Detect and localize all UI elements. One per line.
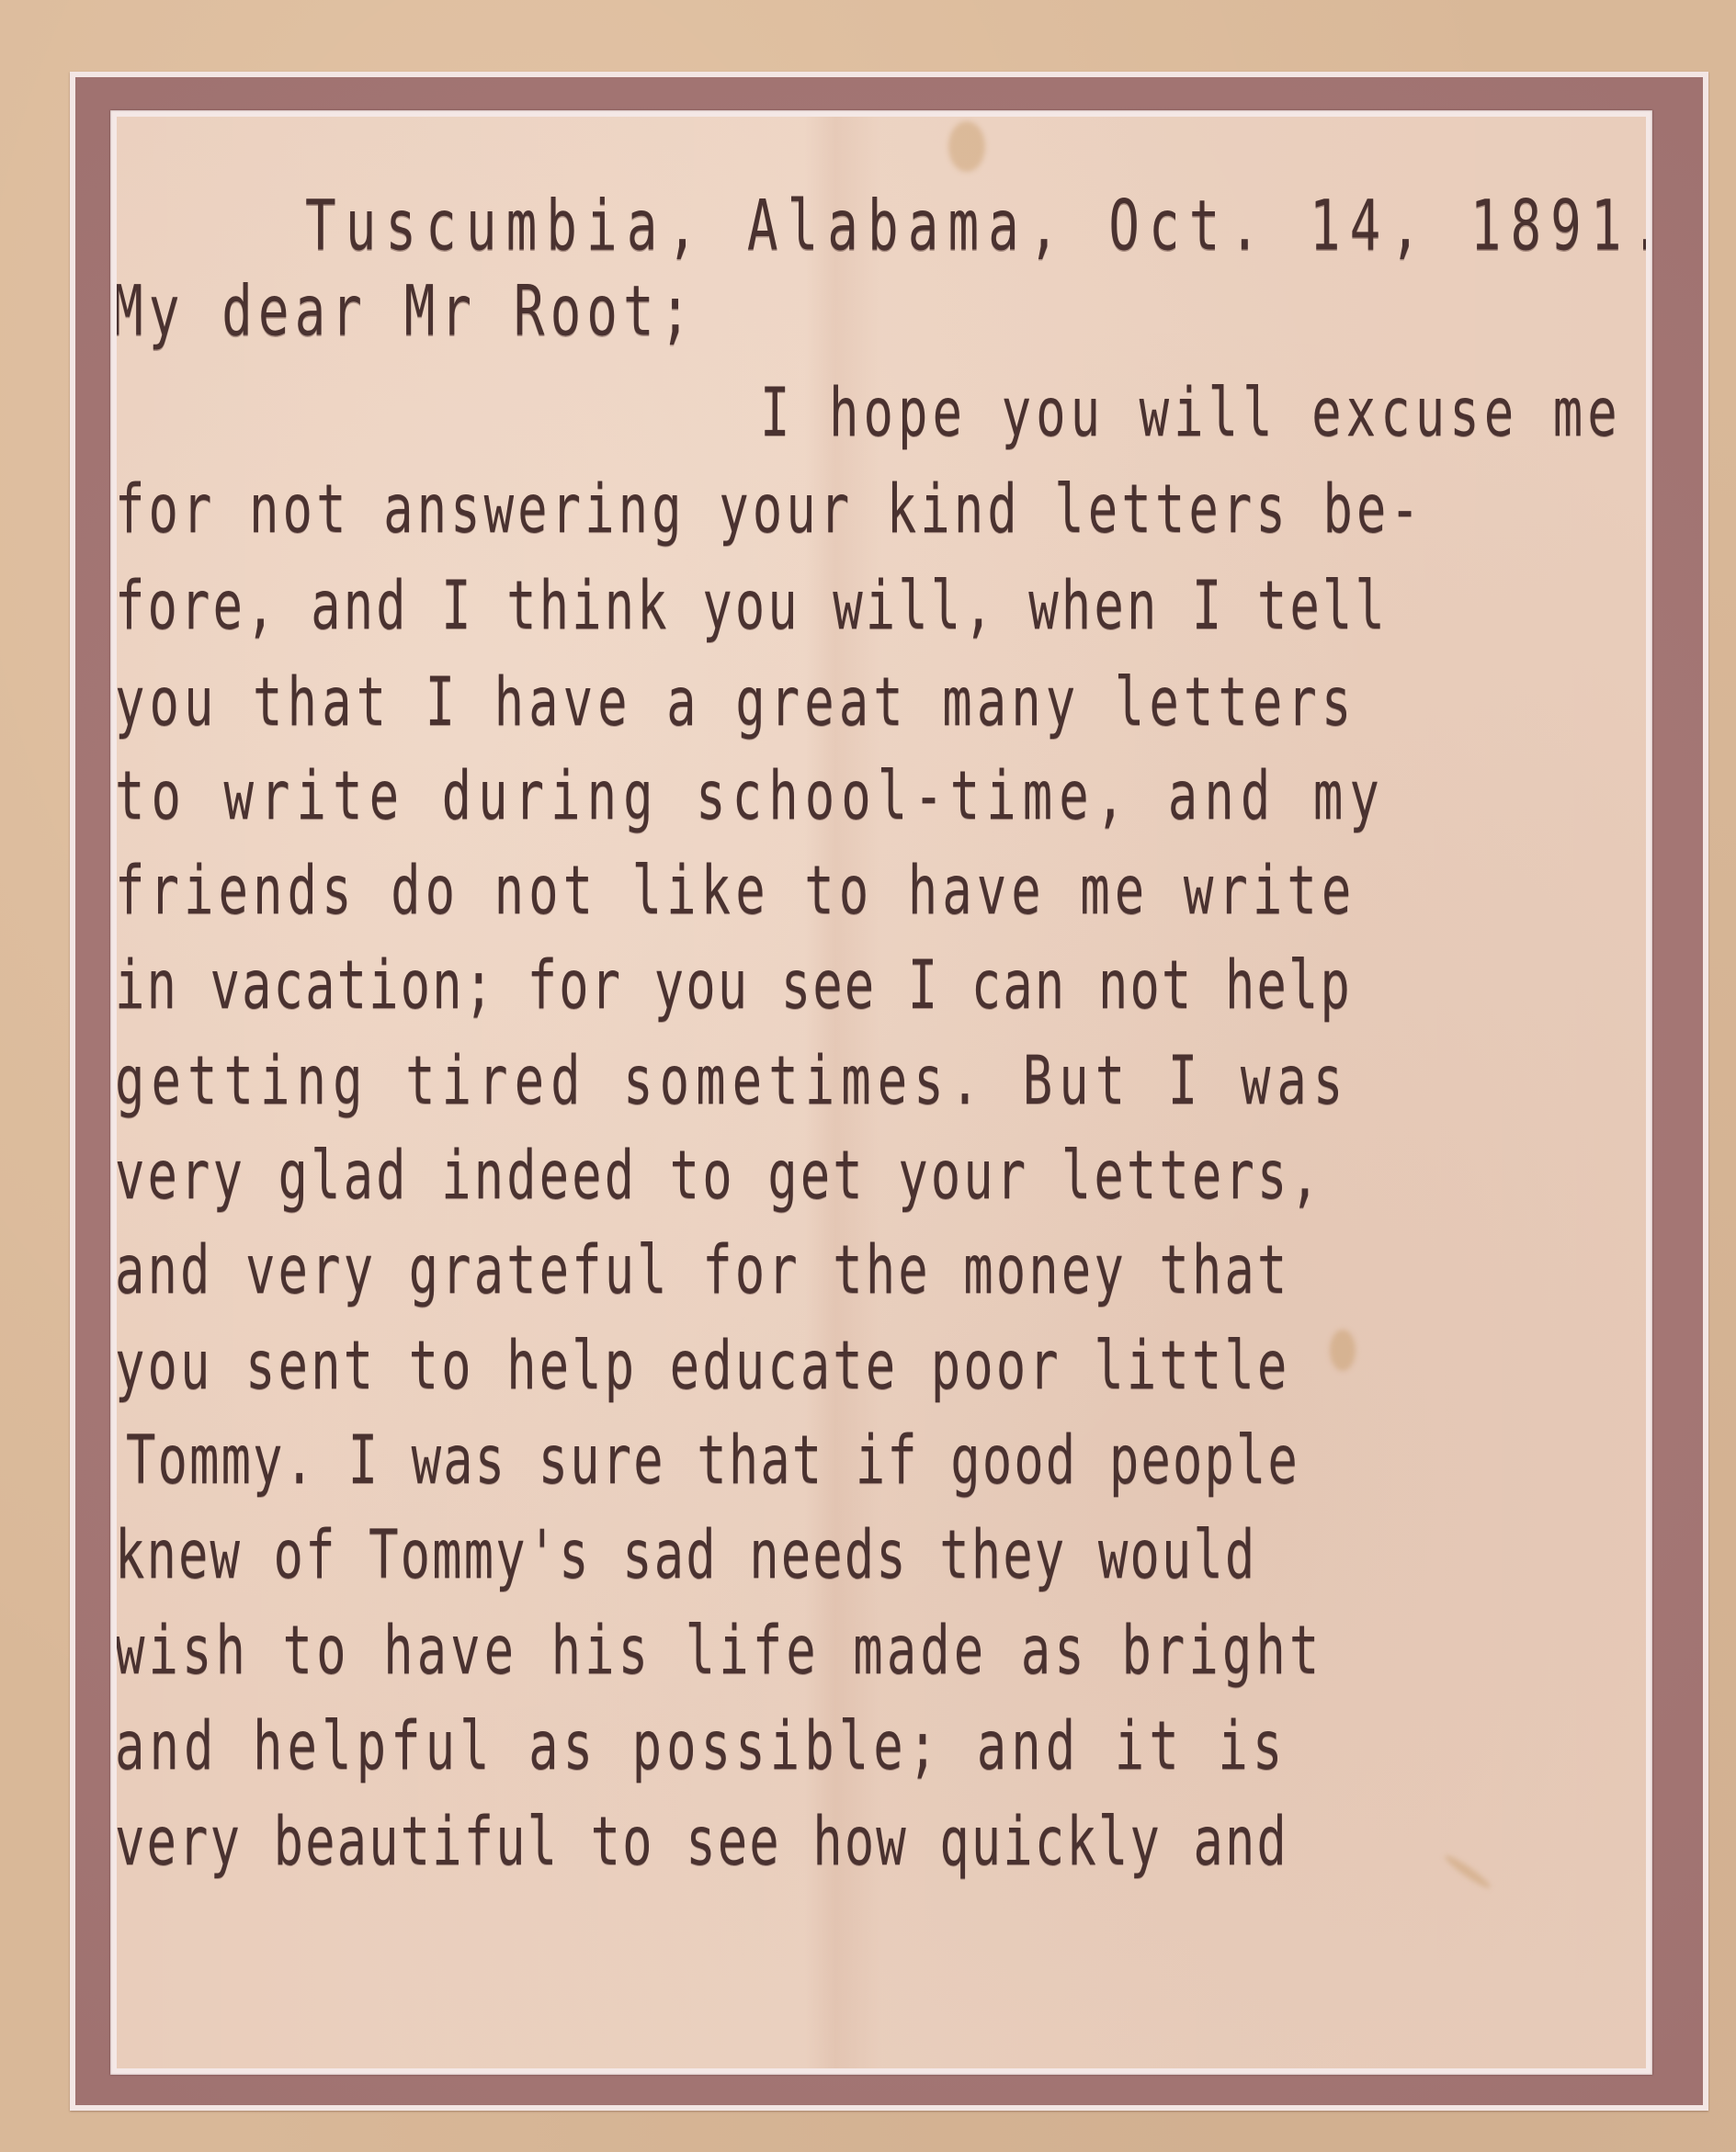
- body-line: you that I have a great many letters: [117, 669, 1356, 736]
- letter-paper: Tuscumbia, Alabama, Oct. 14, 1891. My de…: [117, 117, 1646, 2068]
- body-line: getting tired sometimes. But I was: [117, 1048, 1349, 1115]
- stain-middle: [1330, 1330, 1356, 1371]
- dateline: Tuscumbia, Alabama, Oct. 14, 1891.: [305, 192, 1646, 262]
- stain-top: [948, 121, 985, 172]
- body-line: in vacation; for you see I can not help: [117, 952, 1352, 1019]
- body-line: and helpful as possible; and it is: [117, 1713, 1287, 1780]
- body-line: friends do not like to have me write: [117, 857, 1356, 924]
- salutation: My dear Mr Root;: [117, 277, 696, 347]
- body-line: to write during school-time, and my: [117, 763, 1386, 830]
- body-line: I hope you will excuse me: [760, 379, 1622, 447]
- stain-bottom: [1443, 1852, 1493, 1892]
- body-line: very beautiful to see how quickly and: [117, 1808, 1288, 1875]
- body-line: and very grateful for the money that: [117, 1237, 1289, 1304]
- body-line: Tommy. I was sure that if good people: [126, 1427, 1299, 1494]
- body-line: for not answering your kind letters be-: [117, 476, 1424, 543]
- body-line: fore, and I think you will, when I tell: [117, 572, 1388, 640]
- body-line: knew of Tommy's sad needs they would: [117, 1522, 1256, 1589]
- body-line: you sent to help educate poor little: [117, 1332, 1289, 1399]
- body-line: very glad indeed to get your letters,: [117, 1142, 1322, 1209]
- body-line: wish to have his life made as bright: [117, 1617, 1322, 1684]
